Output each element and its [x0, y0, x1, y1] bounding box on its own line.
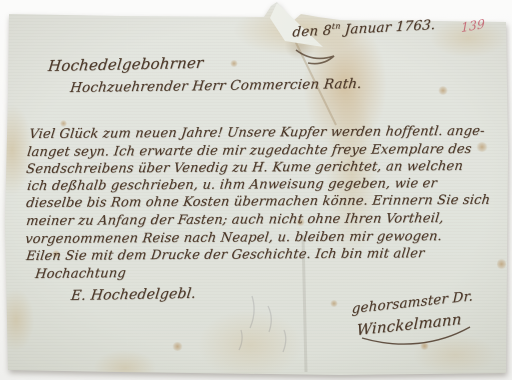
body-line: langet seyn. Ich erwarte die mir zugedac… — [26, 142, 472, 160]
valediction: Hochachtung — [34, 266, 126, 282]
body-line: ich deßhalb geschrieben, u. ihm Anweisun… — [26, 176, 438, 194]
body-line: meiner zu Anfang der Fasten; auch nicht … — [25, 211, 444, 229]
body-line: Sendschreibens über Venedig zu H. Kume g… — [25, 159, 464, 177]
body-line: vorgenommenen Reise nach Neapel, u. blei… — [24, 229, 443, 247]
salutation-line-1: Hochedelgebohrner — [47, 54, 204, 75]
body-line: Eilen Sie mit dem Drucke der Geschichte.… — [25, 246, 425, 264]
subscription: E. Hochedelgebl. — [70, 286, 197, 304]
letter-photograph: 139 den 8tn Januar 1763. Hochedelgebohrn… — [0, 0, 512, 380]
dateline-day: den 8 — [292, 22, 332, 40]
body-line: Viel Glück zum neuen Jahre! Unsere Kupfe… — [28, 124, 485, 142]
